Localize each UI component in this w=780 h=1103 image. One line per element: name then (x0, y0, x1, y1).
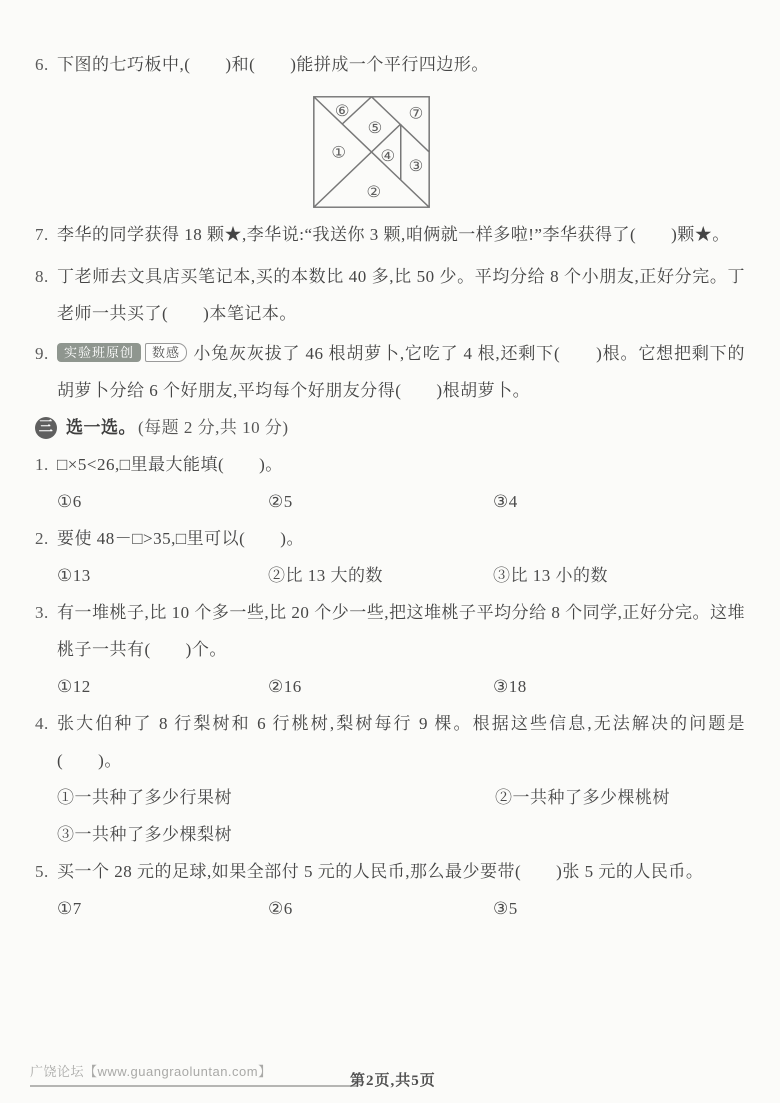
options-row: ①6 ②5 ③4 (57, 483, 745, 520)
option-1: ①一共种了多少行果树 (57, 779, 232, 816)
question-number: 5. (35, 853, 49, 890)
option-2: ②一共种了多少棵桃树 (495, 779, 670, 816)
tangram-piece-label-4: ④ (381, 146, 396, 165)
question-number: 8. (35, 258, 49, 295)
fill-question-9: 9. 实验班原创数感小兔灰灰拔了 46 根胡萝卜,它吃了 4 根,还剩下( )根… (35, 335, 745, 409)
footer-page-number: 第2页,共5页 (350, 1069, 436, 1090)
section-three-icon: 三 (35, 417, 57, 439)
question-number: 9. (35, 335, 49, 372)
options-row: ③一共种了多少棵梨树 (57, 816, 745, 853)
tangram-piece-label-6: ⑥ (335, 101, 350, 120)
question-text: 张大伯种了 8 行梨树和 6 行桃树,梨树每行 9 棵。根据这些信息,无法解决的… (57, 714, 745, 770)
tangram-svg: ① ② ③ ④ ⑤ ⑥ ⑦ (313, 96, 430, 208)
options-row: ①12 ②16 ③18 (57, 668, 745, 705)
question-text: □×5<26,□里最大能填( )。 (57, 455, 283, 474)
question-text: 丁老师去文具店买笔记本,买的本数比 40 多,比 50 少。平均分给 8 个小朋… (57, 267, 745, 323)
question-text: 有一堆桃子,比 10 个多一些,比 20 个少一些,把这堆桃子平均分给 8 个同… (57, 603, 745, 659)
tangram-piece-label-2: ② (367, 182, 382, 201)
section-title: 选一选。 (66, 409, 136, 446)
footer-site-credit: 广饶论坛【www.guangraoluntan.com】 (30, 1061, 358, 1087)
section-points-note: (每题 2 分,共 10 分) (138, 409, 289, 446)
tangram-figure: ① ② ③ ④ ⑤ ⑥ ⑦ (313, 96, 745, 208)
question-text: 买一个 28 元的足球,如果全部付 5 元的人民币,那么最少要带( )张 5 元… (57, 862, 703, 881)
choice-question-2: 2. 要使 48－□>35,□里可以( )。 ①13 ②比 13 大的数 ③比 … (35, 520, 745, 594)
options-row: ①7 ②6 ③5 (57, 890, 745, 927)
choice-question-5: 5. 买一个 28 元的足球,如果全部付 5 元的人民币,那么最少要带( )张 … (35, 853, 745, 927)
question-text: 下图的七巧板中,( )和( )能拼成一个平行四边形。 (57, 55, 489, 74)
tangram-piece-label-5: ⑤ (368, 118, 383, 137)
question-number: 4. (35, 705, 49, 742)
tangram-piece-label-1: ① (331, 143, 346, 162)
choice-question-4: 4. 张大伯种了 8 行梨树和 6 行桃树,梨树每行 9 棵。根据这些信息,无法… (35, 705, 745, 853)
option-2: ②16 (268, 668, 302, 705)
fill-question-7: 7. 李华的同学获得 18 颗★,李华说:“我送你 3 颗,咱俩就一样多啦!”李… (35, 216, 745, 253)
question-number: 6. (35, 46, 49, 83)
fill-question-6: 6. 下图的七巧板中,( )和( )能拼成一个平行四边形。 (35, 46, 745, 83)
question-number: 1. (35, 446, 49, 483)
section-header-choose: 三 选一选。 (每题 2 分,共 10 分) (35, 409, 745, 446)
question-text: 要使 48－□>35,□里可以( )。 (57, 529, 304, 548)
question-text: 李华的同学获得 18 颗★,李华说:“我送你 3 颗,咱俩就一样多啦!”李华获得… (57, 225, 730, 244)
question-number: 3. (35, 594, 49, 631)
option-1: ①6 (57, 483, 82, 520)
original-class-badge: 实验班原创 (57, 343, 141, 362)
option-2: ②5 (268, 483, 293, 520)
option-2: ②6 (268, 890, 293, 927)
worksheet-page: 6. 下图的七巧板中,( )和( )能拼成一个平行四边形。 ① ② ③ ④ ⑤ … (0, 0, 780, 1103)
option-2: ②比 13 大的数 (268, 557, 383, 594)
number-sense-badge: 数感 (145, 343, 187, 362)
option-3: ③4 (493, 483, 518, 520)
option-3: ③一共种了多少棵梨树 (57, 816, 232, 853)
option-1: ①7 (57, 890, 82, 927)
option-3: ③5 (493, 890, 518, 927)
option-1: ①12 (57, 668, 91, 705)
tangram-label-group: ① ② ③ ④ ⑤ ⑥ ⑦ (331, 101, 423, 200)
option-3: ③比 13 小的数 (493, 557, 608, 594)
question-number: 7. (35, 216, 49, 253)
fill-question-8: 8. 丁老师去文具店买笔记本,买的本数比 40 多,比 50 少。平均分给 8 … (35, 258, 745, 332)
question-number: 2. (35, 520, 49, 557)
choice-question-3: 3. 有一堆桃子,比 10 个多一些,比 20 个少一些,把这堆桃子平均分给 8… (35, 594, 745, 705)
option-1: ①13 (57, 557, 91, 594)
option-3: ③18 (493, 668, 527, 705)
tangram-piece-label-7: ⑦ (409, 104, 424, 123)
choice-question-1: 1. □×5<26,□里最大能填( )。 ①6 ②5 ③4 (35, 446, 745, 520)
tangram-piece-label-3: ③ (409, 156, 424, 175)
options-row: ①一共种了多少行果树 ②一共种了多少棵桃树 (57, 779, 745, 816)
options-row: ①13 ②比 13 大的数 ③比 13 小的数 (57, 557, 745, 594)
